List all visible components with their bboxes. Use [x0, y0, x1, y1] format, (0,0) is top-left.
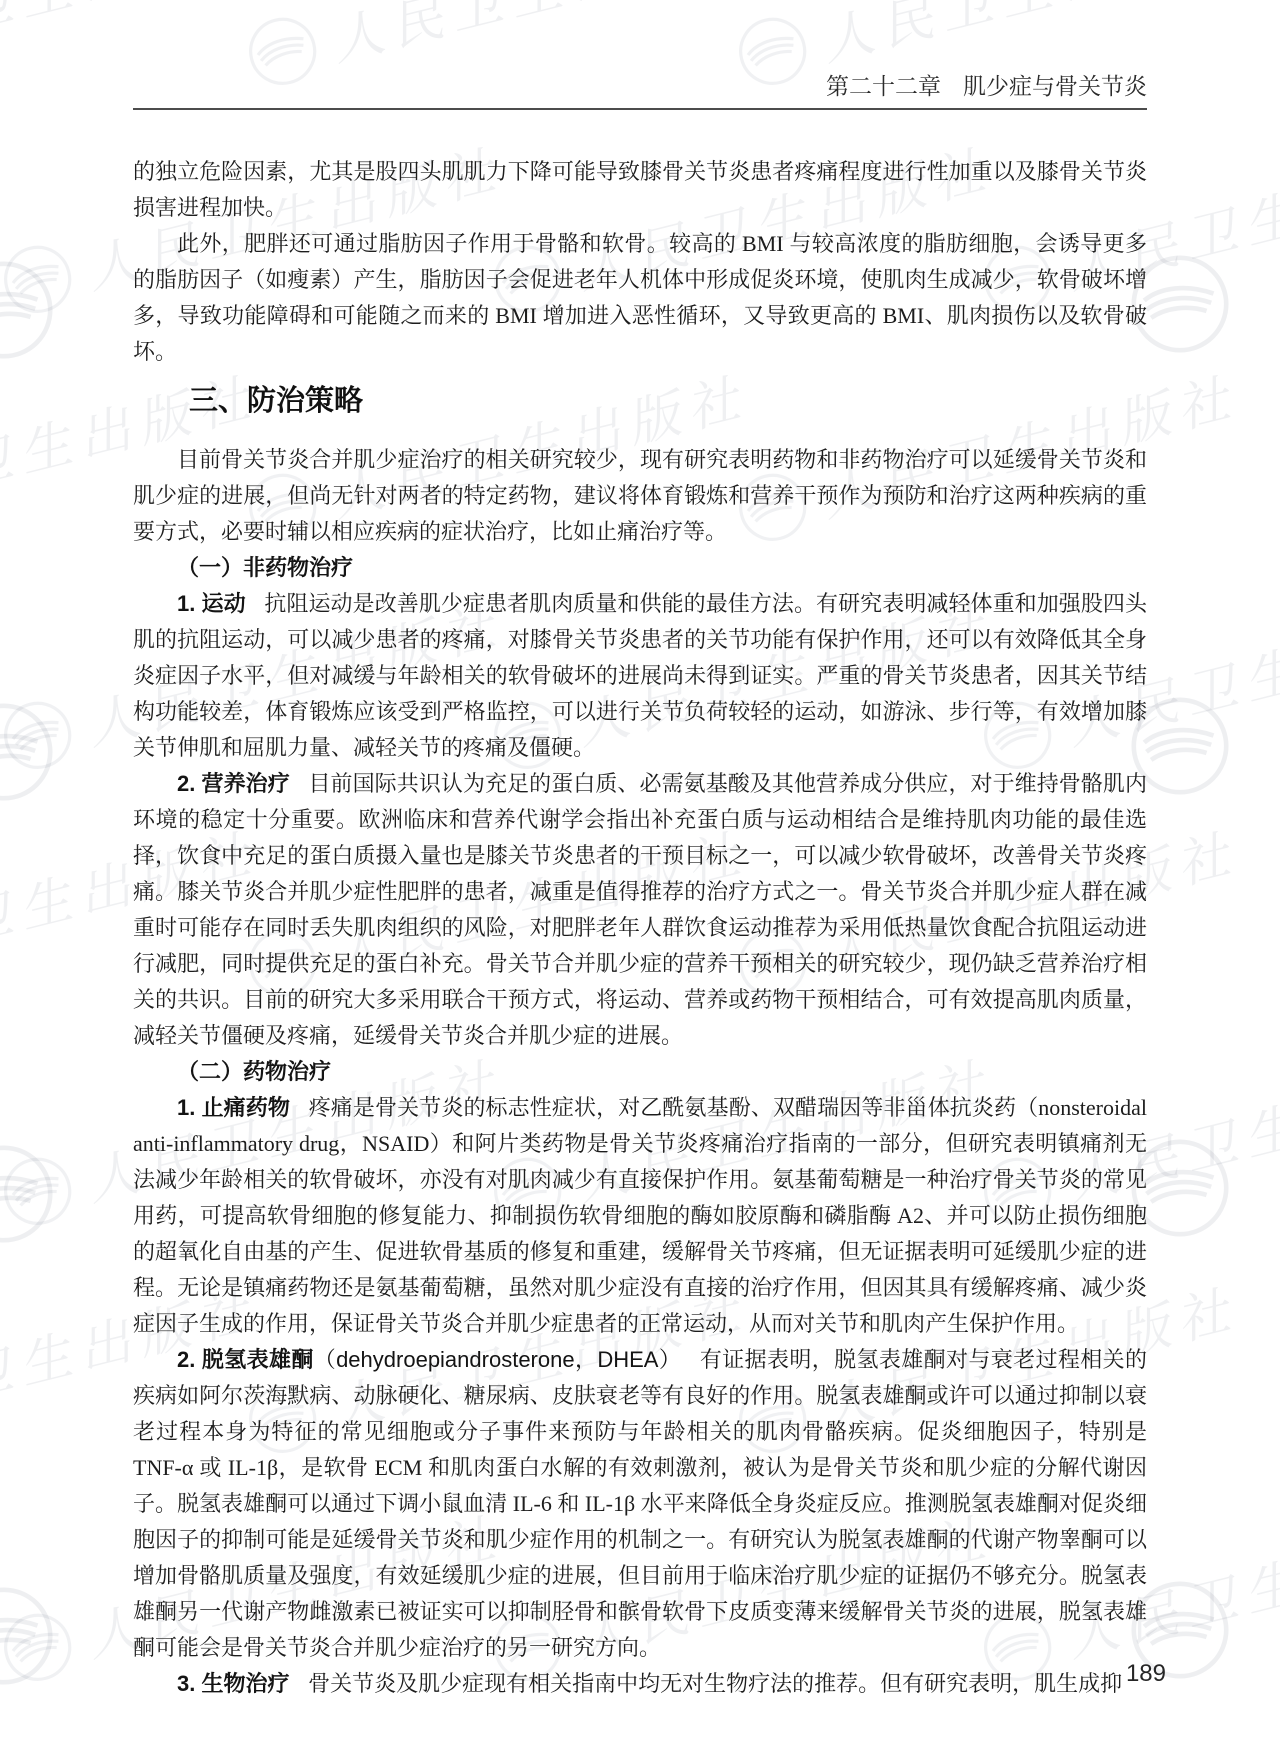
page-header: 第二十二章肌少症与骨关节炎 [133, 0, 1147, 110]
section-heading-prevention: 三、防治策略 [189, 381, 1147, 421]
item-text-exercise: 抗阻运动是改善肌少症患者肌肉质量和供能的最佳方法。有研究表明减轻体重和加强股四头… [133, 591, 1147, 760]
item-label-analgesic: 1. 止痛药物 [177, 1095, 290, 1120]
paragraph-exercise: 1. 运动抗阻运动是改善肌少症患者肌肉质量和供能的最佳方法。有研究表明减轻体重和… [133, 586, 1147, 766]
chapter-number: 第二十二章 [826, 73, 941, 99]
publisher-logo-icon [0, 691, 81, 778]
publisher-logo-icon [0, 1147, 81, 1234]
paragraph-obesity-adipokines: 此外，肥胖还可通过脂肪因子作用于骨骼和软骨。较高的 BMI 与较高浓度的脂肪细胞… [133, 226, 1147, 370]
sub-heading-pharma: （二）药物治疗 [133, 1054, 1147, 1090]
paragraph-dhea: 2. 脱氢表雄酮（dehydroepiandrosterone，DHEA）有证据… [133, 1342, 1147, 1666]
item-label-dhea-zh: 2. 脱氢表雄酮 [177, 1347, 314, 1372]
item-label-dhea: 2. 脱氢表雄酮（dehydroepiandrosterone，DHEA） [177, 1347, 681, 1372]
publisher-logo-icon [0, 235, 81, 322]
item-text-dhea: 有证据表明，脱氢表雄酮对与衰老过程相关的疾病如阿尔茨海默病、动脉硬化、糖尿病、皮… [133, 1347, 1147, 1660]
paragraph-strategy-intro: 目前骨关节炎合并肌少症治疗的相关研究较少，现有研究表明药物和非药物治疗可以延缓骨… [133, 442, 1147, 550]
watermark-edge-stamp [0, 1584, 56, 1693]
page-content: 的独立危险因素，尤其是股四头肌肌力下降可能导致膝骨关节炎患者疼痛程度进行性加重以… [133, 110, 1147, 1702]
page-number: 189 [1126, 1660, 1166, 1688]
item-label-nutrition: 2. 营养治疗 [177, 771, 290, 796]
publisher-logo-icon [0, 1142, 56, 1246]
paragraph-biotherapy: 3. 生物治疗骨关节炎及肌少症现有相关指南中均无对生物疗法的推荐。但有研究表明，… [133, 1666, 1147, 1702]
item-label-biotherapy: 3. 生物治疗 [177, 1671, 289, 1696]
item-label-dhea-latin: （dehydroepiandrosterone，DHEA） [314, 1347, 682, 1372]
item-text-nutrition: 目前国际共识认为充足的蛋白质、必需氨基酸及其他营养成分供应，对于维持骨骼肌内环境… [133, 771, 1147, 1048]
chapter-title: 肌少症与骨关节炎 [963, 73, 1147, 99]
sub-heading-nonpharma: （一）非药物治疗 [133, 550, 1147, 586]
item-text-biotherapy: 骨关节炎及肌少症现有相关指南中均无对生物疗法的推荐。但有研究表明，肌生成抑 [308, 1671, 1122, 1696]
sub-heading-pharma-label: （二）药物治疗 [177, 1059, 331, 1084]
item-label-exercise: 1. 运动 [177, 591, 246, 616]
publisher-logo-icon [0, 700, 56, 804]
paragraph-risk-carryover: 的独立危险因素，尤其是股四头肌肌力下降可能导致膝骨关节炎患者疼痛程度进行性加重以… [133, 154, 1147, 226]
publisher-logo-icon [0, 1584, 56, 1688]
watermark-edge-stamp [0, 258, 56, 367]
textbook-page: 人民卫生出版社人民卫生出版社人民卫生出版社人民卫生出版社人民卫生出版社人民卫生出… [0, 0, 1280, 1737]
watermark-edge-stamp [0, 700, 56, 809]
item-text-analgesic: 疼痛是骨关节炎的标志性症状，对乙酰氨基酚、双醋瑞因等非甾体抗炎药（nonster… [133, 1095, 1147, 1336]
sub-heading-nonpharma-label: （一）非药物治疗 [177, 555, 353, 580]
publisher-logo-icon [0, 1603, 81, 1690]
paragraph-nutrition: 2. 营养治疗目前国际共识认为充足的蛋白质、必需氨基酸及其他营养成分供应，对于维… [133, 766, 1147, 1054]
paragraph-analgesic: 1. 止痛药物疼痛是骨关节炎的标志性症状，对乙酰氨基酚、双醋瑞因等非甾体抗炎药（… [133, 1090, 1147, 1342]
watermark-edge-stamp [0, 1142, 56, 1251]
publisher-logo-icon [0, 258, 56, 362]
